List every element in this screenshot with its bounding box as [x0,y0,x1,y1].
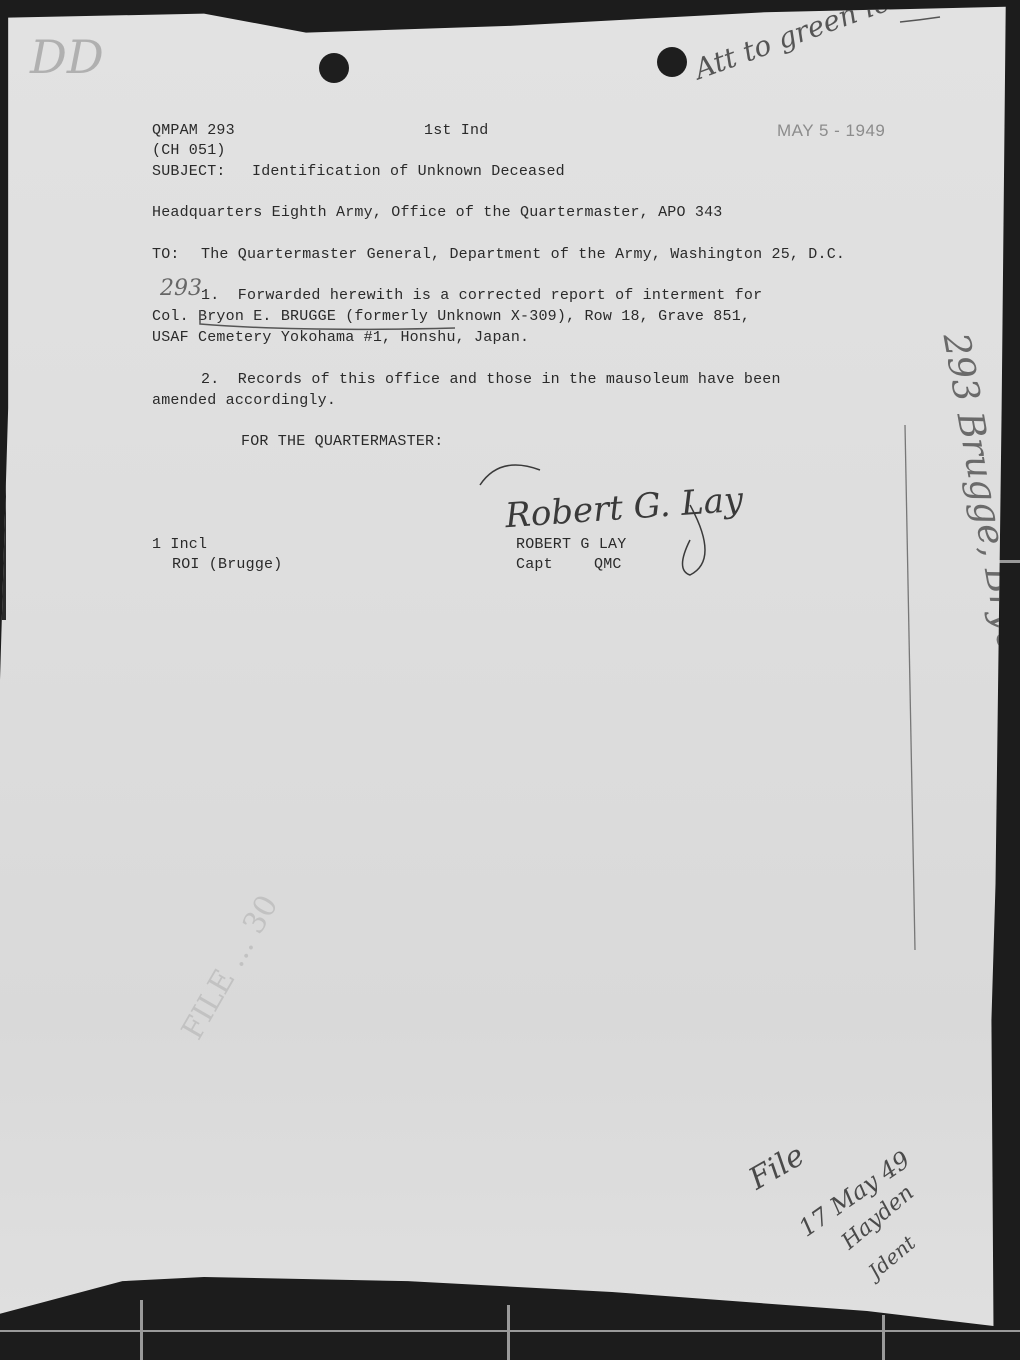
background-strip [507,1305,510,1360]
to-text: The Quartermaster General, Department of… [201,245,845,265]
to-label: TO: [152,245,180,265]
punch-hole-icon [657,47,687,77]
signatory-name: ROBERT G LAY [516,535,626,555]
signatory-rank: Capt [516,555,553,575]
annotation-paragraph-margin: 293 [160,276,202,301]
signatory-branch: QMC [594,555,622,575]
annotation-top-right: Att to green letter 4 5 49. [690,0,1020,86]
subject-text: Identification of Unknown Deceased [252,162,565,182]
received-date-stamp: MAY 5 - 1949 [777,121,885,141]
signature: Robert G. Lay [504,480,745,537]
paragraph-1-line-1: 1. Forwarded herewith is a corrected rep… [201,286,762,306]
annotation-top-left-initials: DD [30,30,104,84]
document-page: QMPAM 293 1st Ind (CH 051) SUBJECT: Iden… [0,0,1020,1360]
closing-line: FOR THE QUARTERMASTER: [241,432,443,452]
background-strip [140,1300,143,1360]
paragraph-2-line-2: amended accordingly. [152,391,336,411]
page-shadow [0,0,6,620]
subject-label: SUBJECT: [152,162,226,182]
from-line: Headquarters Eighth Army, Office of the … [152,203,723,223]
file-code: (CH 051) [152,141,226,161]
punch-hole-icon [319,53,349,83]
indorsement: 1st Ind [424,121,488,141]
paragraph-1-line-3: USAF Cemetery Yokohama #1, Honshu, Japan… [152,328,529,348]
enclosure-item: ROI (Brugge) [172,555,282,575]
annotation-right-margin: 293 Brugge, Bryon E. [935,330,975,337]
background-strip [882,1315,885,1360]
background-strip [0,1330,1020,1332]
enclosure-count: 1 Incl [152,535,207,555]
annotation-file-note-1: File [743,1138,811,1197]
file-number: QMPAM 293 [152,121,235,141]
faint-file-stamp: FILE ... 30 [175,889,285,1045]
paragraph-1-line-2: Col. Bryon E. BRUGGE (formerly Unknown X… [152,307,750,327]
paragraph-2-line-1: 2. Records of this office and those in t… [201,370,781,390]
